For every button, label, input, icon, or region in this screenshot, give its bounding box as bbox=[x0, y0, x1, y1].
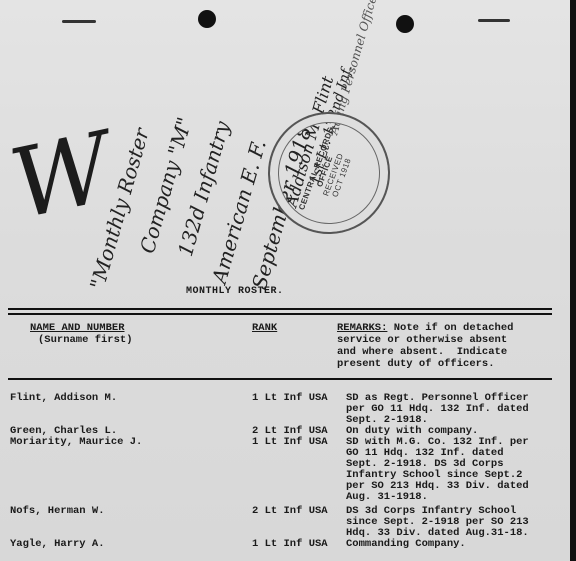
officer-name: Yagle, Harry A. bbox=[10, 539, 105, 550]
scan-border bbox=[570, 0, 576, 561]
officer-remarks: SD with M.G. Co. 132 Inf. per GO 11 Hdq.… bbox=[346, 437, 556, 503]
officer-remarks: Commanding Company. bbox=[346, 539, 556, 550]
document-page: W "Monthly Roster Company "M" 132d Infan… bbox=[0, 0, 570, 561]
document-title: MONTHLY ROSTER. bbox=[186, 286, 284, 297]
column-header-rank: RANK bbox=[252, 322, 277, 334]
punch-hole bbox=[396, 15, 414, 33]
double-rule-bottom bbox=[8, 313, 552, 315]
double-rule-top bbox=[8, 308, 552, 310]
column-subheader-name: (Surname first) bbox=[38, 334, 133, 346]
punch-mark bbox=[478, 19, 510, 22]
officer-rank: 1 Lt Inf USA bbox=[252, 437, 328, 448]
officer-rank: 1 Lt Inf USA bbox=[252, 539, 328, 550]
punch-mark bbox=[62, 20, 96, 23]
officer-remarks: DS 3d Corps Infantry School since Sept. … bbox=[346, 506, 556, 539]
officer-name: Moriarity, Maurice J. bbox=[10, 437, 142, 448]
officer-remarks: SD as Regt. Personnel Officer per GO 11 … bbox=[346, 393, 556, 426]
officer-name: Nofs, Herman W. bbox=[10, 506, 105, 517]
punch-hole bbox=[198, 10, 216, 28]
column-header-remarks: REMARKS: Note if on detached service or … bbox=[337, 322, 513, 370]
column-header-name: NAME AND NUMBER bbox=[30, 322, 125, 334]
header-rule bbox=[8, 378, 552, 380]
officer-name: Flint, Addison M. bbox=[10, 393, 117, 404]
officer-rank: 2 Lt Inf USA bbox=[252, 506, 328, 517]
officer-rank: 1 Lt Inf USA bbox=[252, 393, 328, 404]
